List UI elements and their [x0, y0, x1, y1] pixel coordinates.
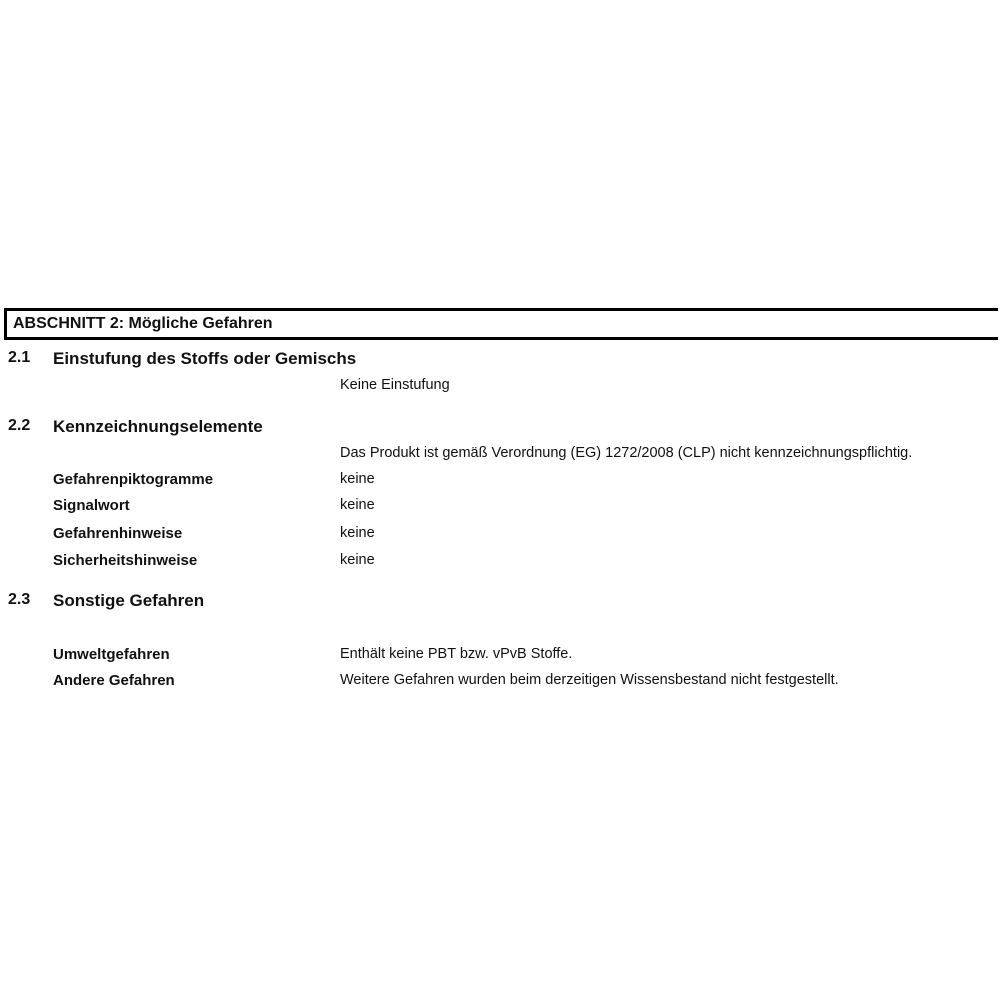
- row-value-gefahrenpiktogramme: keine: [340, 471, 375, 487]
- row-label-sicherheitshinweise: Sicherheitshinweise: [53, 552, 197, 569]
- row-value-umweltgefahren: Enthält keine PBT bzw. vPvB Stoffe.: [340, 646, 572, 662]
- row-value-gefahrenhinweise: keine: [340, 525, 375, 541]
- row-value-signalwort: keine: [340, 497, 375, 513]
- labeling-note: Das Produkt ist gemäß Verordnung (EG) 12…: [340, 445, 912, 461]
- row-label-signalwort: Signalwort: [53, 497, 130, 514]
- subsection-number-2-3: 2.3: [8, 591, 30, 609]
- subsection-title-2-1: Einstufung des Stoffs oder Gemischs: [53, 349, 356, 369]
- subsection-title-2-2: Kennzeichnungselemente: [53, 417, 263, 437]
- subsection-number-2-1: 2.1: [8, 349, 30, 367]
- row-label-umweltgefahren: Umweltgefahren: [53, 646, 170, 663]
- row-value-andere-gefahren: Weitere Gefahren wurden beim derzeitigen…: [340, 672, 839, 688]
- row-value-sicherheitshinweise: keine: [340, 552, 375, 568]
- classification-note: Keine Einstufung: [340, 377, 450, 393]
- section-title: ABSCHNITT 2: Mögliche Gefahren: [13, 315, 273, 333]
- row-label-andere-gefahren: Andere Gefahren: [53, 672, 175, 689]
- row-label-gefahrenpiktogramme: Gefahrenpiktogramme: [53, 471, 213, 488]
- subsection-number-2-2: 2.2: [8, 417, 30, 435]
- subsection-title-2-3: Sonstige Gefahren: [53, 591, 204, 611]
- row-label-gefahrenhinweise: Gefahrenhinweise: [53, 525, 182, 542]
- section-header-box: ABSCHNITT 2: Mögliche Gefahren: [4, 308, 998, 340]
